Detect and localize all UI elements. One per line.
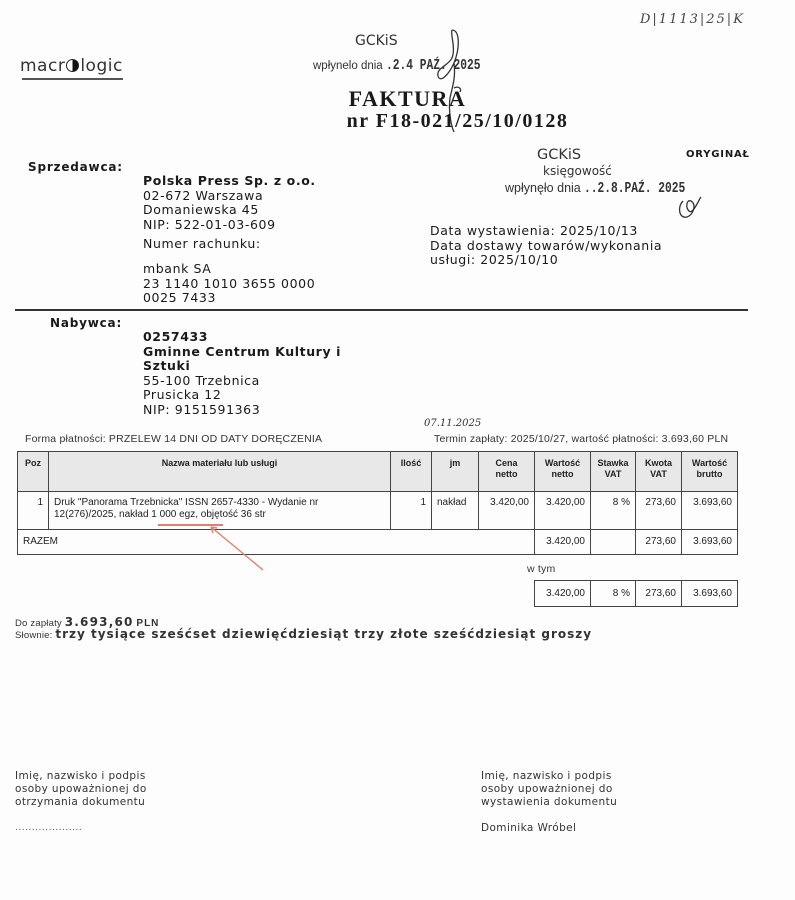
seller-address-line: Domaniewska 45 [143, 203, 316, 218]
logo-text-left: macr [20, 56, 65, 76]
buyer-address-line: Prusicka 12 [143, 388, 341, 403]
receiver-signature-block: Imię, nazwisko i podpis osoby upoważnion… [15, 770, 147, 809]
receiver-signature-line: .................... [15, 822, 82, 835]
col-net: Wartośćnetto [535, 452, 591, 492]
cell-poz: 1 [18, 492, 49, 530]
cell-net: 3.420,00 [535, 492, 591, 530]
cell-vat: 273,60 [636, 492, 682, 530]
stamp1-label: wpłynelo dnia [313, 60, 383, 72]
breakdown-gross: 3.693,60 [682, 581, 738, 607]
seller-details: Polska Press Sp. z o.o. 02-672 Warszawa … [143, 174, 316, 232]
cell-rate: 8 % [591, 492, 636, 530]
original-label: ORYGINAŁ [686, 149, 750, 160]
col-poz: Poz [18, 452, 49, 492]
words-value: trzy tysiące sześćset dziewięćdziesiąt t… [55, 627, 592, 641]
breakdown-label: w tym [527, 563, 555, 575]
handwritten-date: 07.11.2025 [424, 418, 481, 429]
total-vat: 273,60 [636, 530, 682, 555]
stamp2-dept: księgowość [543, 164, 612, 178]
logo-text-right: logic [80, 56, 123, 76]
total-net: 3.420,00 [535, 530, 591, 555]
account-number-line: 23 1140 1010 3655 0000 [143, 277, 315, 292]
buyer-code: 0257433 [143, 330, 341, 345]
document-title: FAKTURA [0, 86, 795, 112]
table-header-row: Poz Nazwa materiału lub usługi Ilość jm … [18, 452, 738, 492]
seller-nip: NIP: 522-01-03-609 [143, 218, 316, 233]
stamp2-label: wpłynęło dnia [505, 181, 581, 195]
buyer-name-line2: Sztuki [143, 359, 341, 374]
buyer-address-line: 55-100 Trzebnica [143, 374, 341, 389]
seller-name: Polska Press Sp. z o.o. [143, 174, 316, 189]
total-row: RAZEM 3.420,00 273,60 3.693,60 [18, 530, 738, 555]
invoice-number: nr F18-021/25/10/0128 [0, 110, 795, 133]
annotation-arrow-icon [205, 524, 275, 574]
col-name: Nazwa materiału lub usługi [49, 452, 391, 492]
issue-date: Data wystawienia: 2025/10/13 [430, 224, 662, 239]
account-number-line: 0025 7433 [143, 291, 315, 306]
buyer-name-line1: Gminne Centrum Kultury i [143, 345, 341, 360]
breakdown-net: 3.420,00 [535, 581, 591, 607]
stamp2-date: ..2.8.PAŹ. 2025 [584, 180, 685, 197]
logo-underline [22, 78, 123, 80]
invoice-dates: Data wystawienia: 2025/10/13 Data dostaw… [430, 224, 662, 268]
buyer-nip: NIP: 9151591363 [143, 403, 341, 418]
cell-qty: 1 [391, 492, 432, 530]
stamp2-org: GCKiS [537, 147, 581, 163]
total-gross: 3.693,60 [682, 530, 738, 555]
seller-address-line: 02-672 Warszawa [143, 189, 316, 204]
section-divider [15, 309, 748, 311]
logo-circle-icon [66, 59, 79, 72]
items-table: Poz Nazwa materiału lub usługi Ilość jm … [17, 451, 738, 555]
initials-icon [675, 195, 703, 223]
payment-term: Termin zapłaty: 2025/10/27, wartość płat… [434, 433, 728, 445]
seller-label: Sprzedawca: [28, 160, 123, 174]
company-logo: macrlogic [20, 56, 123, 76]
account-label: Numer rachunku: [143, 237, 261, 252]
table-row: 1 Druk "Panorama Trzebnicka" ISSN 2657-4… [18, 492, 738, 530]
total-rate [591, 530, 636, 555]
table-row: 3.420,00 8 % 273,60 3.693,60 [535, 581, 738, 607]
issuer-name: Dominika Wróbel [481, 822, 576, 835]
col-qty: Ilość [391, 452, 432, 492]
delivery-date-line2: usługi: 2025/10/10 [430, 253, 662, 268]
vat-breakdown-table: 3.420,00 8 % 273,60 3.693,60 [534, 580, 738, 607]
cell-price: 3.420,00 [479, 492, 535, 530]
col-rate: StawkaVAT [591, 452, 636, 492]
bank-name: mbank SA [143, 262, 315, 277]
col-unit: jm [432, 452, 479, 492]
col-vat: KwotaVAT [636, 452, 682, 492]
breakdown-rate: 8 % [591, 581, 636, 607]
stamp1-received: wpłynelo dnia .2.4 PAŹ. 2025 [313, 57, 512, 74]
delivery-date-line1: Data dostawy towarów/wykonania [430, 239, 662, 254]
issuer-signature-block: Imię, nazwisko i podpis osoby upoważnion… [481, 770, 617, 809]
breakdown-vat: 273,60 [636, 581, 682, 607]
cell-gross: 3.693,60 [682, 492, 738, 530]
col-price: Cenanetto [479, 452, 535, 492]
bank-account: mbank SA 23 1140 1010 3655 0000 0025 743… [143, 262, 315, 306]
cell-unit: nakład [432, 492, 479, 530]
handwritten-reference: D|1113|25|K [640, 12, 745, 27]
payment-form: Forma płatności: PRZELEW 14 DNI OD DATY … [25, 433, 322, 445]
amount-in-words: Słownie: trzy tysiące sześćset dziewięćd… [15, 627, 592, 641]
words-label: Słownie: [15, 630, 53, 641]
stamp1-org: GCKiS [355, 33, 398, 49]
total-label: RAZEM [18, 530, 535, 555]
buyer-details: 0257433 Gminne Centrum Kultury i Sztuki … [143, 330, 341, 417]
col-gross: Wartośćbrutto [682, 452, 738, 492]
buyer-label: Nabywca: [50, 316, 122, 330]
